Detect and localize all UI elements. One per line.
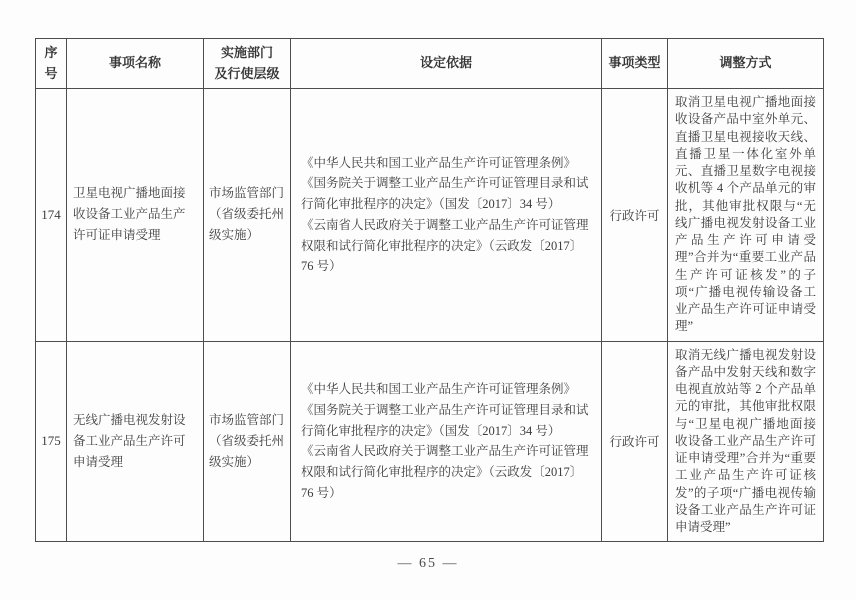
cell-item-type: 行政许可 — [602, 341, 668, 542]
legal-basis-line-1: 《中华人民共和国工业产品生产许可证管理条例》 — [301, 379, 591, 400]
legal-basis-line-3: 《云南省人民政府关于调整工业产品生产许可证管理权限和试行简化审批程序的决定》（云… — [301, 215, 591, 277]
header-serial-number: 序 号 — [36, 39, 67, 89]
cell-department: 市场监管部门（省级委托州级实施） — [204, 89, 291, 342]
header-item-name: 事项名称 — [67, 39, 204, 89]
table-header-row: 序 号 事项名称 实施部门 及行使层级 设定依据 事项类型 调整方式 — [36, 39, 824, 89]
legal-basis-line-2: 《国务院关于调整工业产品生产许可证管理目录和试行简化审批程序的决定》（国发〔20… — [301, 400, 591, 442]
header-serial-line1: 序 — [37, 43, 65, 63]
cell-department: 市场监管部门（省级委托州级实施） — [204, 341, 291, 542]
legal-basis-line-1: 《中华人民共和国工业产品生产许可证管理条例》 — [301, 153, 591, 174]
cell-item-name: 卫星电视广播地面接收设备工业产品生产许可证申请受理 — [67, 89, 204, 342]
cell-serial-number: 175 — [36, 341, 67, 542]
cell-legal-basis: 《中华人民共和国工业产品生产许可证管理条例》 《国务院关于调整工业产品生产许可证… — [291, 89, 602, 342]
header-department-line2: 及行使层级 — [205, 64, 289, 84]
header-item-type: 事项类型 — [602, 39, 668, 89]
table-row-174: 174 卫星电视广播地面接收设备工业产品生产许可证申请受理 市场监管部门（省级委… — [36, 89, 824, 342]
cell-serial-number: 174 — [36, 89, 67, 342]
header-serial-line2: 号 — [37, 64, 65, 84]
cell-adjust-method: 取消卫星电视广播地面接收设备产品中室外单元、直播卫星电视接收天线、直播卫星一体化… — [668, 89, 824, 342]
document-page: 序 号 事项名称 实施部门 及行使层级 设定依据 事项类型 调整方式 174 卫… — [0, 0, 856, 600]
legal-basis-line-2: 《国务院关于调整工业产品生产许可证管理目录和试行简化审批程序的决定》（国发〔20… — [301, 173, 591, 215]
header-department: 实施部门 及行使层级 — [204, 39, 291, 89]
page-number: — 65 — — [0, 556, 856, 572]
cell-item-type: 行政许可 — [602, 89, 668, 342]
header-legal-basis: 设定依据 — [291, 39, 602, 89]
header-department-line1: 实施部门 — [205, 43, 289, 63]
approval-items-table: 序 号 事项名称 实施部门 及行使层级 设定依据 事项类型 调整方式 174 卫… — [35, 38, 824, 542]
header-adjust-method: 调整方式 — [668, 39, 824, 89]
cell-legal-basis: 《中华人民共和国工业产品生产许可证管理条例》 《国务院关于调整工业产品生产许可证… — [291, 341, 602, 542]
cell-adjust-method: 取消无线广播电视发射设备产品中发射天线和数字电视直放站等 2 个产品单元的审批，… — [668, 341, 824, 542]
table-row-175: 175 无线广播电视发射设备工业产品生产许可申请受理 市场监管部门（省级委托州级… — [36, 341, 824, 542]
cell-item-name: 无线广播电视发射设备工业产品生产许可申请受理 — [67, 341, 204, 542]
legal-basis-line-3: 《云南省人民政府关于调整工业产品生产许可证管理权限和试行简化审批程序的决定》（云… — [301, 441, 591, 503]
